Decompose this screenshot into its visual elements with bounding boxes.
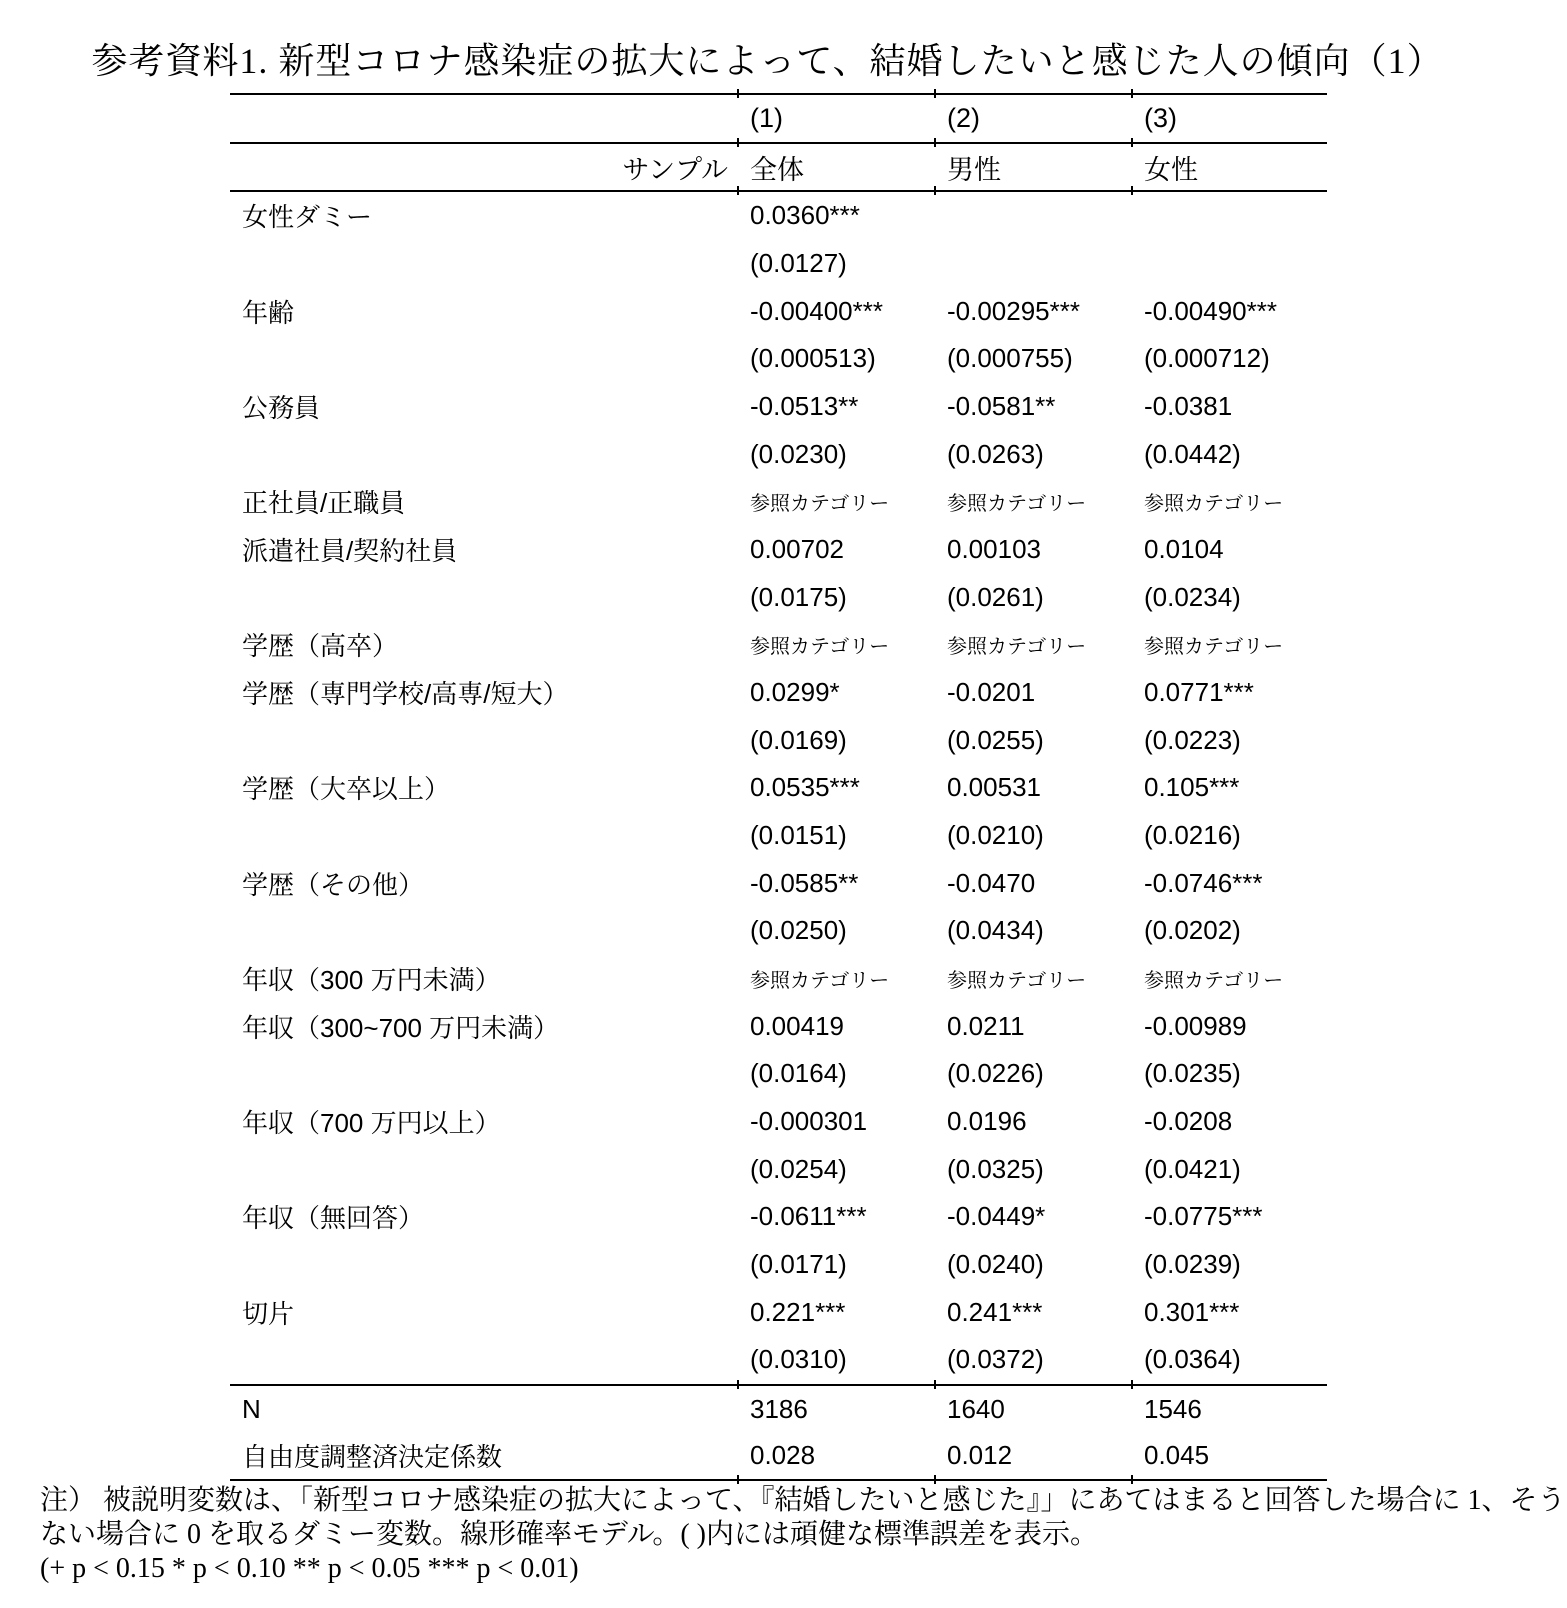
stderr-cell: (0.0235)	[1131, 1058, 1327, 1089]
estimate-cell: -0.00490***	[1131, 296, 1327, 327]
table-row: 公務員-0.0513**-0.0581**-0.0381	[230, 383, 1327, 431]
estimate-cell: -0.0581**	[934, 391, 1131, 422]
table-body: 女性ダミー0.0360***(0.0127)年齢-0.00400***-0.00…	[230, 192, 1327, 1384]
row-label: 年収（700 万円以上）	[230, 1103, 737, 1140]
table-row: (0.0169)(0.0255)(0.0223)	[230, 716, 1327, 764]
table-rule-mid	[230, 142, 1327, 144]
table-row: 学歴（大卒以上）0.0535***0.005310.105***	[230, 764, 1327, 812]
row-label: 年齢	[230, 293, 737, 330]
cell-border-tick	[737, 1380, 739, 1389]
stderr-cell: (0.0171)	[737, 1249, 934, 1280]
stderr-cell: (0.0250)	[737, 915, 934, 946]
summary-cell: 1640	[934, 1394, 1131, 1425]
estimate-cell: -0.00400***	[737, 296, 934, 327]
row-label: 年収（無回答）	[230, 1198, 737, 1235]
model-header: (1)	[737, 103, 934, 134]
estimate-cell: 0.0771***	[1131, 677, 1327, 708]
estimate-cell: 0.00531	[934, 772, 1131, 803]
table-rule-header-bottom	[230, 190, 1327, 192]
table-row: (0.000513)(0.000755)(0.000712)	[230, 335, 1327, 383]
row-label: 学歴（専門学校/高専/短大）	[230, 674, 737, 711]
stderr-cell: (0.0234)	[1131, 582, 1327, 613]
estimate-cell: 0.105***	[1131, 772, 1327, 803]
reference-cell: 参照カテゴリー	[934, 964, 1131, 993]
summary-cell: 3186	[737, 1394, 934, 1425]
table-row: 派遣社員/契約社員0.007020.001030.0104	[230, 526, 1327, 574]
table-row: 自由度調整済決定係数0.0280.0120.045	[230, 1432, 1327, 1479]
table-rule-bottom	[230, 1479, 1327, 1481]
row-label: 学歴（その他）	[230, 865, 737, 902]
row-label: 派遣社員/契約社員	[230, 531, 737, 568]
stderr-cell: (0.0169)	[737, 725, 934, 756]
table-row: (0.0127)	[230, 240, 1327, 288]
row-label: 学歴（大卒以上）	[230, 769, 737, 806]
table-row: (0.0254)(0.0325)(0.0421)	[230, 1145, 1327, 1193]
row-label: 切片	[230, 1294, 737, 1331]
stderr-cell: (0.0226)	[934, 1058, 1131, 1089]
note-line-2: ない場合に 0 を取るダミー変数。線形確率モデル。( )内には頑健な標準誤差を表…	[40, 1518, 1545, 1552]
table-row: 学歴（高卒）参照カテゴリー参照カテゴリー参照カテゴリー	[230, 621, 1327, 669]
cell-border-tick	[1131, 1475, 1133, 1484]
table-row: (0.0230)(0.0263)(0.0442)	[230, 430, 1327, 478]
model-header-row: (1) (2) (3)	[230, 95, 1327, 142]
stderr-cell: (0.0442)	[1131, 439, 1327, 470]
stderr-cell: (0.0151)	[737, 820, 934, 851]
estimate-cell: -0.0585**	[737, 868, 934, 899]
table-row: N318616401546	[230, 1386, 1327, 1433]
stderr-cell: (0.0310)	[737, 1344, 934, 1375]
sample-header: 男性	[934, 148, 1131, 187]
cell-border-tick	[934, 1380, 936, 1389]
stderr-cell: (0.0175)	[737, 582, 934, 613]
estimate-cell: -0.0208	[1131, 1106, 1327, 1137]
estimate-cell: -0.0470	[934, 868, 1131, 899]
cell-border-tick	[934, 89, 936, 98]
estimate-cell: -0.0381	[1131, 391, 1327, 422]
reference-cell: 参照カテゴリー	[737, 964, 934, 993]
stderr-cell: (0.000755)	[934, 343, 1131, 374]
table-row: 年収（300~700 万円未満）0.004190.0211-0.00989	[230, 1002, 1327, 1050]
table-row: (0.0175)(0.0261)(0.0234)	[230, 573, 1327, 621]
table-rule-above-summary	[230, 1384, 1327, 1386]
stderr-cell: (0.0210)	[934, 820, 1131, 851]
stderr-cell: (0.0263)	[934, 439, 1131, 470]
cell-border-tick	[737, 89, 739, 98]
estimate-cell: 0.301***	[1131, 1297, 1327, 1328]
table-row: (0.0164)(0.0226)(0.0235)	[230, 1050, 1327, 1098]
table-row: 切片0.221***0.241***0.301***	[230, 1288, 1327, 1336]
table-row: 年齢-0.00400***-0.00295***-0.00490***	[230, 287, 1327, 335]
cell-border-tick	[737, 138, 739, 147]
table-row: 正社員/正職員参照カテゴリー参照カテゴリー参照カテゴリー	[230, 478, 1327, 526]
table-row: 女性ダミー0.0360***	[230, 192, 1327, 240]
row-label: 女性ダミー	[230, 197, 737, 234]
stderr-cell: (0.0261)	[934, 582, 1131, 613]
estimate-cell: -0.0201	[934, 677, 1131, 708]
stderr-cell: (0.0364)	[1131, 1344, 1327, 1375]
stderr-cell: (0.0434)	[934, 915, 1131, 946]
estimate-cell: 0.00103	[934, 534, 1131, 565]
estimate-cell: 0.00702	[737, 534, 934, 565]
cell-border-tick	[934, 138, 936, 147]
stderr-cell: (0.0239)	[1131, 1249, 1327, 1280]
stderr-cell: (0.0216)	[1131, 820, 1327, 851]
cell-border-tick	[1131, 89, 1133, 98]
stderr-cell: (0.0325)	[934, 1154, 1131, 1185]
model-header: (2)	[934, 103, 1131, 134]
table-title: 参考資料1. 新型コロナ感染症の拡大によって、結婚したいと感じた人の傾向（1）	[0, 33, 1535, 84]
table-rule-top	[230, 93, 1327, 95]
estimate-cell: 0.0196	[934, 1106, 1131, 1137]
summary-cell: 0.045	[1131, 1440, 1327, 1471]
cell-border-tick	[1131, 186, 1133, 195]
table-row: (0.0151)(0.0210)(0.0216)	[230, 812, 1327, 860]
table-row: (0.0250)(0.0434)(0.0202)	[230, 907, 1327, 955]
estimate-cell: 0.0360***	[737, 200, 934, 231]
estimate-cell: 0.0211	[934, 1011, 1131, 1042]
estimate-cell: -0.000301	[737, 1106, 934, 1137]
stderr-cell: (0.0254)	[737, 1154, 934, 1185]
reference-cell: 参照カテゴリー	[737, 487, 934, 516]
stderr-cell: (0.0240)	[934, 1249, 1131, 1280]
reference-cell: 参照カテゴリー	[1131, 964, 1327, 993]
stderr-cell: (0.0372)	[934, 1344, 1131, 1375]
estimate-cell: 0.241***	[934, 1297, 1131, 1328]
summary-cell: 0.012	[934, 1440, 1131, 1471]
model-header: (3)	[1131, 103, 1327, 134]
stderr-cell: (0.0230)	[737, 439, 934, 470]
cell-border-tick	[934, 1475, 936, 1484]
summary-cell: 0.028	[737, 1440, 934, 1471]
estimate-cell: -0.0746***	[1131, 868, 1327, 899]
cell-border-tick	[737, 186, 739, 195]
estimate-cell: -0.0449*	[934, 1201, 1131, 1232]
sample-header: 女性	[1131, 148, 1327, 187]
estimate-cell: 0.0299*	[737, 677, 934, 708]
table-row: 年収（700 万円以上）-0.0003010.0196-0.0208	[230, 1098, 1327, 1146]
table-row: (0.0310)(0.0372)(0.0364)	[230, 1336, 1327, 1384]
stderr-cell: (0.0127)	[737, 248, 934, 279]
reference-cell: 参照カテゴリー	[934, 630, 1131, 659]
stderr-cell: (0.000513)	[737, 343, 934, 374]
stderr-cell: (0.0255)	[934, 725, 1131, 756]
table-row: 年収（300 万円未満）参照カテゴリー参照カテゴリー参照カテゴリー	[230, 955, 1327, 1003]
stderr-cell: (0.0202)	[1131, 915, 1327, 946]
row-label: 公務員	[230, 388, 737, 425]
estimate-cell: -0.00295***	[934, 296, 1131, 327]
note-line-1: 注） 被説明変数は、「新型コロナ感染症の拡大によって、『結婚したいと感じた』」に…	[40, 1484, 1545, 1518]
sample-header-row: サンプル 全体 男性 女性	[230, 144, 1327, 190]
estimate-cell: 0.0535***	[737, 772, 934, 803]
table-row: 学歴（専門学校/高専/短大）0.0299*-0.02010.0771***	[230, 669, 1327, 717]
summary-cell: 1546	[1131, 1394, 1327, 1425]
table-row: (0.0171)(0.0240)(0.0239)	[230, 1241, 1327, 1289]
row-label: 年収（300~700 万円未満）	[230, 1008, 737, 1045]
row-label: 正社員/正職員	[230, 483, 737, 520]
cell-border-tick	[1131, 1380, 1133, 1389]
estimate-cell: -0.00989	[1131, 1011, 1327, 1042]
estimate-cell: 0.00419	[737, 1011, 934, 1042]
estimate-cell: 0.0104	[1131, 534, 1327, 565]
sample-label: サンプル	[230, 148, 737, 187]
estimate-cell: -0.0775***	[1131, 1201, 1327, 1232]
cell-border-tick	[1131, 138, 1133, 147]
table-notes: 注） 被説明変数は、「新型コロナ感染症の拡大によって、『結婚したいと感じた』」に…	[40, 1484, 1545, 1586]
stderr-cell: (0.0421)	[1131, 1154, 1327, 1185]
stderr-cell: (0.0223)	[1131, 725, 1327, 756]
stderr-cell: (0.0164)	[737, 1058, 934, 1089]
reference-cell: 参照カテゴリー	[737, 630, 934, 659]
estimate-cell: -0.0513**	[737, 391, 934, 422]
table-summary: N318616401546自由度調整済決定係数0.0280.0120.045	[230, 1386, 1327, 1479]
row-label: 学歴（高卒）	[230, 626, 737, 663]
reference-cell: 参照カテゴリー	[1131, 487, 1327, 516]
stderr-cell: (0.000712)	[1131, 343, 1327, 374]
sample-header: 全体	[737, 148, 934, 187]
estimate-cell: -0.0611***	[737, 1201, 934, 1232]
significance-legend: (+ p < 0.15 * p < 0.10 ** p < 0.05 *** p…	[40, 1552, 1545, 1586]
reference-cell: 参照カテゴリー	[1131, 630, 1327, 659]
table-row: 年収（無回答）-0.0611***-0.0449*-0.0775***	[230, 1193, 1327, 1241]
reference-cell: 参照カテゴリー	[934, 487, 1131, 516]
table-row: 学歴（その他）-0.0585**-0.0470-0.0746***	[230, 859, 1327, 907]
cell-border-tick	[737, 1475, 739, 1484]
row-label: 年収（300 万円未満）	[230, 960, 737, 997]
estimate-cell: 0.221***	[737, 1297, 934, 1328]
cell-border-tick	[934, 186, 936, 195]
row-label: N	[230, 1394, 737, 1425]
row-label: 自由度調整済決定係数	[230, 1437, 737, 1474]
regression-table: (1) (2) (3) サンプル 全体 男性 女性 女性ダミー0.0360***…	[230, 93, 1327, 1481]
